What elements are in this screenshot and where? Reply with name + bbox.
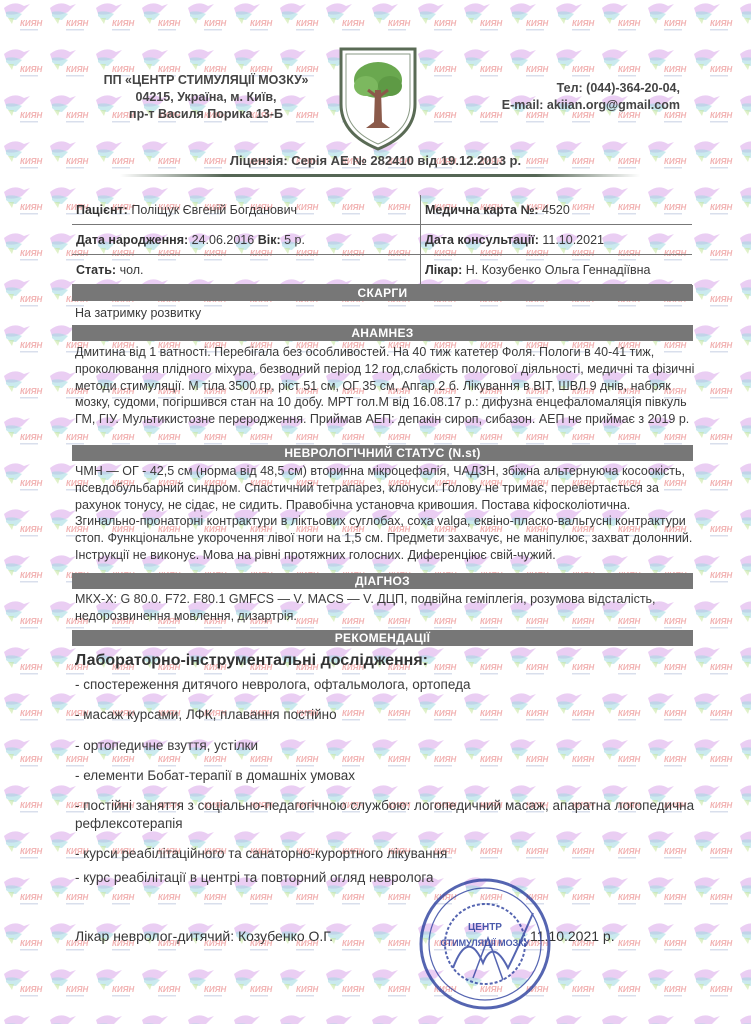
recommendation-item: - ортопедичне взуття, устілки (75, 737, 715, 755)
card-cell: Медична карта №: 4520 (421, 195, 693, 225)
official-stamp-icon: ЦЕНТР СТИМУЛЯЦІЇ МОЗКУ (413, 868, 563, 1018)
anamnesis-text: Дмитина від 1 ватності. Перебігала без о… (75, 344, 695, 428)
table-row: Дата народження: 24.06.2016 Вік: 5 р. Да… (72, 225, 692, 255)
signing-doctor: Лікар невролог-дитячий: Козубенко О.Г. (75, 928, 333, 944)
email: E-mail: akiian.org@gmail.com (460, 97, 680, 114)
card-value: 4520 (542, 203, 570, 217)
consult-cell: Дата консультації: 11.10.2021 (421, 225, 693, 255)
table-row: Пацієнт: Поліщук Євгеній Богданович Меди… (72, 195, 692, 225)
dob-value: 24.06.2016 (192, 233, 255, 247)
recommendation-item: - постійні заняття з соціально-педагогіч… (75, 797, 695, 833)
complaints-text: На затримку розвитку (75, 305, 695, 322)
dob-label: Дата народження: (76, 233, 188, 247)
age-value: 5 р. (284, 233, 305, 247)
svg-text:ЦЕНТР: ЦЕНТР (468, 922, 502, 933)
organization-info: ПП «ЦЕНТР СТИМУЛЯЦІЇ МОЗКУ» 04215, Украї… (96, 72, 316, 123)
doctor-label: Лікар: (425, 263, 462, 277)
recommendation-item: - елементи Бобат-терапії в домашніх умов… (75, 767, 715, 785)
address-line-2: пр-т Василя Порика 13-Б (96, 106, 316, 123)
sex-cell: Стать: чол. (72, 255, 421, 285)
recommendation-item: - спостереження дитячого невролога, офта… (75, 676, 715, 694)
patient-value: Поліщук Євгеній Богданович (131, 203, 297, 217)
section-header-neuro-status: НЕВРОЛОГІЧНИЙ СТАТУС (N.st) (72, 445, 693, 461)
consult-label: Дата консультації: (425, 233, 539, 247)
patient-label: Пацієнт: (76, 203, 128, 217)
recommendation-item: - курс реабілітації в центрі та повторни… (75, 869, 715, 887)
svg-text:СТИМУЛЯЦІЇ МОЗКУ: СТИМУЛЯЦІЇ МОЗКУ (440, 938, 530, 948)
table-row: Стать: чол. Лікар: Н. Козубенко Ольга Ге… (72, 255, 692, 285)
dob-cell: Дата народження: 24.06.2016 Вік: 5 р. (72, 225, 421, 255)
doctor-value: Н. Козубенко Ольга Геннадіївна (466, 263, 651, 277)
sex-value: чол. (120, 263, 144, 277)
section-header-diagnosis: ДІАГНОЗ (72, 573, 693, 589)
section-header-anamnesis: АНАМНЕЗ (72, 325, 693, 341)
consultation-document: ПП «ЦЕНТР СТИМУЛЯЦІЇ МОЗКУ» 04215, Украї… (0, 0, 751, 1024)
phone: Тел: (044)-364-20-04, (460, 80, 680, 97)
license-info: Ліцензія: Серія АЕ № 282410 від 19.12.20… (0, 153, 751, 168)
section-header-recommendations: РЕКОМЕНДАЦІЇ (72, 630, 693, 646)
diagnosis-text: МКХ-Х: G 80.0. F72. F80.1 GMFCS — V. MAC… (75, 591, 695, 625)
consult-value: 11.10.2021 (542, 233, 604, 247)
patient-cell: Пацієнт: Поліщук Євгеній Богданович (72, 195, 421, 225)
header-divider (120, 174, 640, 177)
section-header-complaints: СКАРГИ (72, 285, 693, 301)
card-label: Медична карта №: (425, 203, 539, 217)
org-name: ПП «ЦЕНТР СТИМУЛЯЦІЇ МОЗКУ» (96, 72, 316, 89)
neuro-status-text: ЧМН — ОГ - 42,5 см (норма від 48,5 см) в… (75, 463, 695, 564)
patient-info-table: Пацієнт: Поліщук Євгеній Богданович Меди… (72, 195, 692, 285)
recommendations-subheading: Лабораторно-інструментальні дослідження: (75, 652, 428, 670)
recommendation-item: - масаж курсами, ЛФК, плавання постійно (75, 706, 715, 724)
contact-info: Тел: (044)-364-20-04, E-mail: akiian.org… (460, 80, 680, 114)
recommendation-item: - курси реабілітаційного та санаторно-ку… (75, 845, 715, 863)
sex-label: Стать: (76, 263, 116, 277)
tree-shield-icon (338, 46, 418, 152)
address-line-1: 04215, Україна, м. Київ, (96, 89, 316, 106)
age-label: Вік: (258, 233, 281, 247)
doctor-cell: Лікар: Н. Козубенко Ольга Геннадіївна (421, 255, 693, 285)
